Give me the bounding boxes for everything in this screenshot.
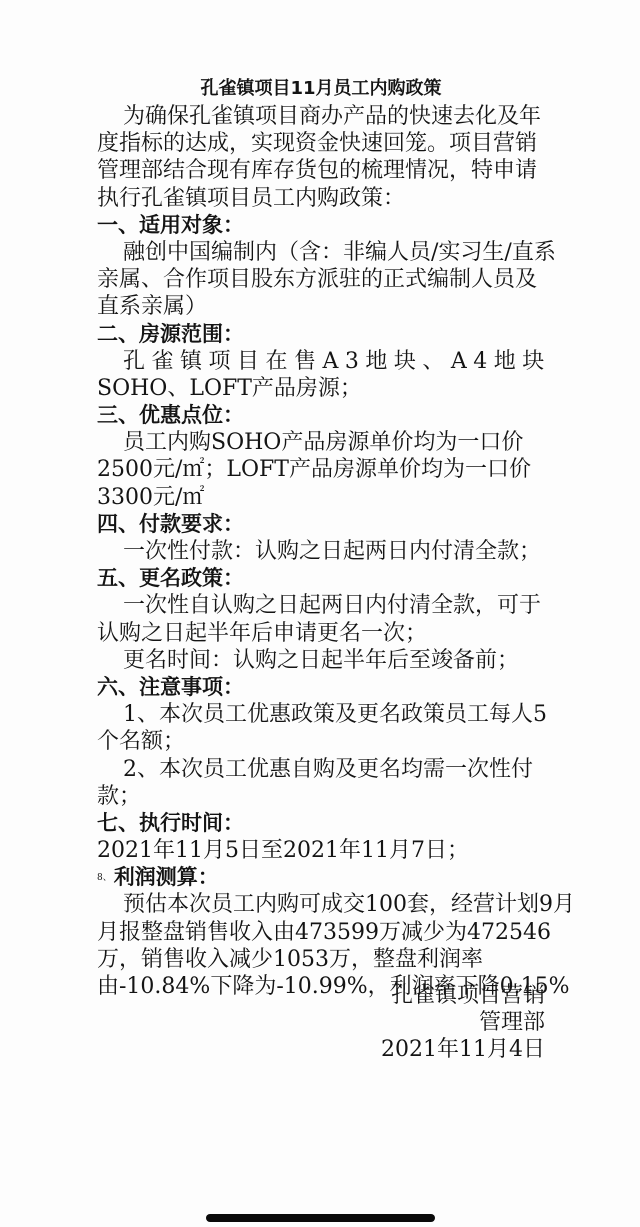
section-line: SOHO、LOFT产品房源； (97, 375, 549, 402)
section-discount: 三、优惠点位： 员工内购SOHO产品房源单价均为一口价 2500元/㎡；LOFT… (97, 402, 549, 511)
section-heading: 一、适用对象： (97, 212, 549, 239)
document-title: 孔雀镇项目11月员工内购政策 (93, 75, 549, 103)
intro-line: 管理部结合现有库存货包的梳理情况，特申请 (97, 157, 549, 184)
section-line: 预估本次员工内购可成交100套，经营计划9月 (97, 891, 549, 918)
intro-line: 为确保孔雀镇项目商办产品的快速去化及年 (97, 103, 549, 130)
home-indicator-bar[interactable] (206, 1214, 435, 1222)
section-payment: 四、付款要求： 一次性付款：认购之日起两日内付清全款； (97, 511, 549, 565)
section-line: 一次性付款：认购之日起两日内付清全款； (97, 538, 549, 565)
section-line: 更名时间：认购之日起半年后至竣备前； (97, 647, 549, 674)
section-eligibility: 一、适用对象： 融创中国编制内（含：非编人员/实习生/直系 亲属、合作项目股东方… (97, 212, 549, 321)
section-line: 孔雀镇项目在售A3地块、A4地块 (97, 348, 549, 375)
section-line: 直系亲属） (97, 293, 549, 320)
section-rename-policy: 五、更名政策： 一次性自认购之日起两日内付清全款，可于 认购之日起半年后申请更名… (97, 565, 549, 674)
section-line: 认购之日起半年后申请更名一次； (97, 620, 549, 647)
section-line: 一次性自认购之日起两日内付清全款，可于 (97, 592, 549, 619)
intro-line: 执行孔雀镇项目员工内购政策： (97, 185, 549, 212)
section-line: 2500元/㎡；LOFT产品房源单价均为一口价 (97, 456, 549, 483)
signature-department-cont: 管理部 (381, 1009, 545, 1036)
section-heading: 四、付款要求： (97, 511, 549, 538)
section-heading: 五、更名政策： (97, 565, 549, 592)
section-line: 1、本次员工优惠政策及更名政策员工每人5 (97, 701, 549, 728)
section-line: 月报整盘销售收入由473599万减少为472546 (97, 919, 549, 946)
section-heading: 二、房源范围： (97, 321, 549, 348)
section-line: 融创中国编制内（含：非编人员/实习生/直系 (97, 239, 549, 266)
section-heading: 8、利润测算： (97, 864, 549, 891)
section-line: 员工内购SOHO产品房源单价均为一口价 (97, 429, 549, 456)
section-line: 2021年11月5日至2021年11月7日； (97, 837, 549, 864)
section-heading: 三、优惠点位： (97, 402, 549, 429)
section-heading-text: 利润测算： (114, 865, 219, 889)
signature-date: 2021年11月4日 (381, 1036, 545, 1063)
section-heading: 七、执行时间： (97, 810, 549, 837)
signature-block: 孔雀镇项目营销 管理部 2021年11月4日 (381, 982, 545, 1063)
section-line: 个名额； (97, 728, 549, 755)
section-number: 8、 (97, 873, 112, 883)
section-property-scope: 二、房源范围： 孔雀镇项目在售A3地块、A4地块 SOHO、LOFT产品房源； (97, 321, 549, 403)
section-notes: 六、注意事项： 1、本次员工优惠政策及更名政策员工每人5 个名额； 2、本次员工… (97, 674, 549, 810)
section-line: 万，销售收入减少1053万，整盘利润率 (97, 946, 549, 973)
section-heading: 六、注意事项： (97, 674, 549, 701)
section-line: 款； (97, 783, 549, 810)
section-line: 3300元/㎡ (97, 484, 549, 511)
intro-paragraph: 为确保孔雀镇项目商办产品的快速去化及年 度指标的达成，实现资金快速回笼。项目营销… (97, 103, 549, 212)
policy-document: 孔雀镇项目11月员工内购政策 为确保孔雀镇项目商办产品的快速去化及年 度指标的达… (97, 75, 549, 1000)
section-line: 2、本次员工优惠自购及更名均需一次性付 (97, 756, 549, 783)
section-line: 亲属、合作项目股东方派驻的正式编制人员及 (97, 266, 549, 293)
signature-department: 孔雀镇项目营销 (381, 982, 545, 1009)
section-profit-estimate: 8、利润测算： 预估本次员工内购可成交100套，经营计划9月 月报整盘销售收入由… (97, 864, 549, 1000)
section-execution-time: 七、执行时间： 2021年11月5日至2021年11月7日； (97, 810, 549, 864)
intro-line: 度指标的达成，实现资金快速回笼。项目营销 (97, 130, 549, 157)
